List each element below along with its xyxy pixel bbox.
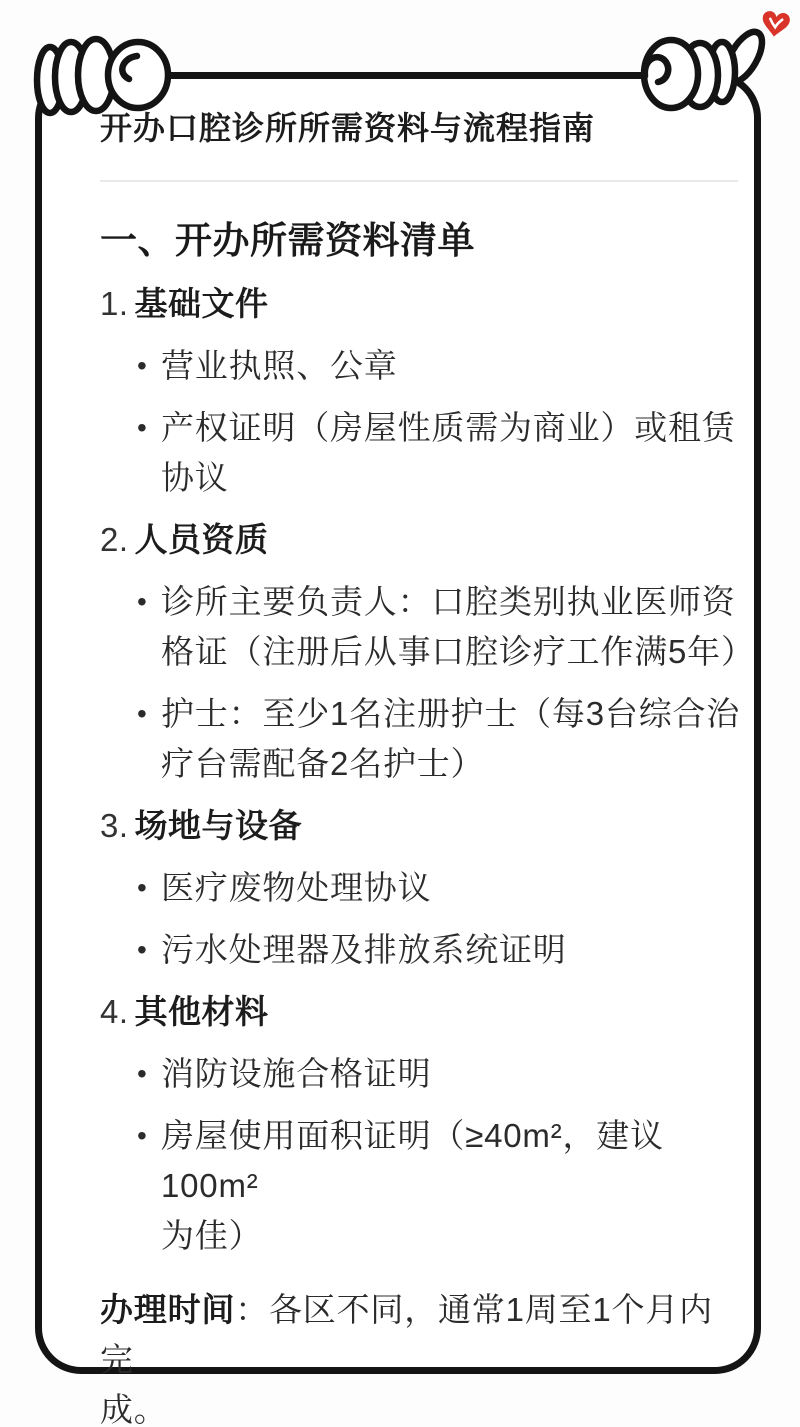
list-item: • 医疗废物处理协议	[137, 863, 746, 913]
bullet-icon: •	[137, 577, 161, 677]
list-item: • 房屋使用面积证明（≥40m²，建议100m² 为佳）	[137, 1111, 746, 1261]
list-item-text: 消防设施合格证明	[161, 1049, 431, 1099]
list-item: • 消防设施合格证明	[137, 1049, 746, 1099]
list-heading-basic-documents: 1.基础文件	[100, 279, 746, 329]
list-heading-label: 其他材料	[135, 993, 269, 1030]
list-item-text: 营业执照、公章	[161, 341, 398, 391]
list-heading-label: 场地与设备	[135, 807, 303, 844]
list-item: • 污水处理器及排放系统证明	[137, 925, 746, 975]
list-number: 2.	[100, 521, 129, 558]
processing-time-label: 办理时间	[100, 1291, 235, 1328]
bullet-icon: •	[137, 1049, 161, 1099]
list-item-text: 护士：至少1名注册护士（每3台综合治 疗台需配备2名护士）	[161, 689, 740, 789]
bullet-icon: •	[137, 1111, 161, 1261]
list-item-text: 产权证明（房屋性质需为商业）或租赁 协议	[161, 403, 736, 503]
divider	[100, 180, 738, 182]
list-heading-label: 人员资质	[135, 521, 269, 558]
list-heading-personnel: 2.人员资质	[100, 515, 746, 565]
bullet-icon: •	[137, 689, 161, 789]
list-item: • 护士：至少1名注册护士（每3台综合治 疗台需配备2名护士）	[137, 689, 746, 789]
list-number: 4.	[100, 993, 129, 1030]
bullet-icon: •	[137, 403, 161, 503]
section-heading: 一、开办所需资料清单	[100, 215, 746, 267]
heart-icon	[760, 10, 790, 38]
bullet-icon: •	[137, 863, 161, 913]
list-heading-label: 基础文件	[135, 285, 269, 322]
list-number: 3.	[100, 807, 129, 844]
list-number: 1.	[100, 285, 129, 322]
card-title: 开办口腔诊所所需资料与流程指南	[100, 106, 746, 150]
bullet-icon: •	[137, 341, 161, 391]
list-item: • 诊所主要负责人：口腔类别执业医师资 格证（注册后从事口腔诊疗工作满5年）	[137, 577, 746, 677]
list-item: • 营业执照、公章	[137, 341, 746, 391]
list-item-text: 医疗废物处理协议	[161, 863, 431, 913]
list-item: • 产权证明（房屋性质需为商业）或租赁 协议	[137, 403, 746, 503]
list-item-text: 房屋使用面积证明（≥40m²，建议100m² 为佳）	[161, 1111, 746, 1261]
list-heading-other-materials: 4.其他材料	[100, 987, 746, 1037]
guide-card: 开办口腔诊所所需资料与流程指南 一、开办所需资料清单 1.基础文件 • 营业执照…	[35, 72, 761, 1374]
processing-time-note: 办理时间：各区不同，通常1周至1个月内完 成。	[100, 1285, 746, 1427]
list-item-text: 污水处理器及排放系统证明	[161, 925, 567, 975]
list-heading-site-equipment: 3.场地与设备	[100, 801, 746, 851]
bullet-icon: •	[137, 925, 161, 975]
list-item-text: 诊所主要负责人：口腔类别执业医师资 格证（注册后从事口腔诊疗工作满5年）	[161, 577, 746, 677]
